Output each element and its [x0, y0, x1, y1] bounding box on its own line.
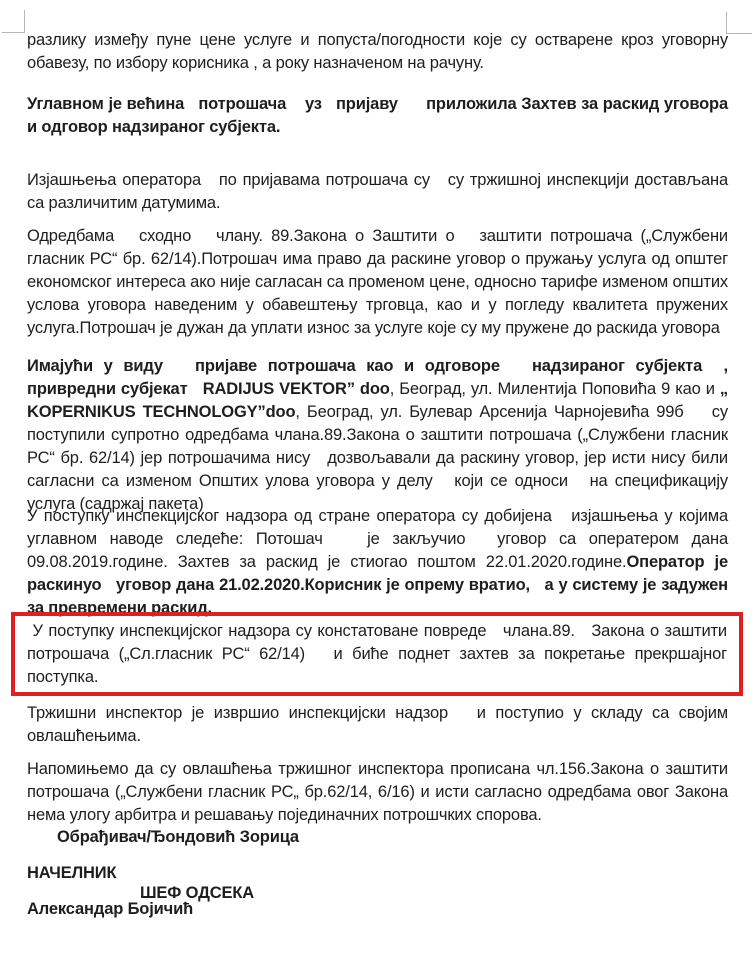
paragraph-operator-statements: Изјашњења оператора по пријавама потроша…: [27, 169, 728, 215]
paragraph-note-authority: Напомињемо да су овлашћења тржишног инсп…: [27, 758, 728, 827]
paragraph-inspection-findings: У поступку инспекцијског надзора од стра…: [27, 505, 728, 620]
paragraph-companies-violation: Имајући у виду пријаве потрошача као и о…: [27, 355, 728, 516]
paragraph-article-89-provisions: Одредбама сходно члану. 89.Закона о Зашт…: [27, 225, 728, 340]
paragraph-price-difference-segment-0: разлику између пуне цене услуге и попуст…: [27, 31, 732, 72]
page-margin-corner-mark-top-left: [2, 10, 25, 33]
paragraph-operator-statements-segment-0: Изјашњења оператора по пријавама потроша…: [27, 171, 732, 212]
paragraph-note-authority-segment-0: Напомињемо да су овлашћења тржишног инсп…: [27, 760, 732, 824]
paragraph-companies-violation-segment-1: , Београд, ул. Милентија Поповића 9 као …: [390, 380, 720, 398]
document-page: разлику између пуне цене услуге и попуст…: [0, 0, 756, 962]
paragraph-price-difference: разлику између пуне цене услуге и попуст…: [27, 29, 728, 75]
paragraph-mostly-consumers-segment-0: Углавном је већина потрошача уз пријаву …: [27, 95, 732, 136]
paragraph-article-89-provisions-segment-0: Одредбама сходно члану. 89.Закона о Зашт…: [27, 227, 732, 337]
signature-head-title: НАЧЕЛНИК: [27, 864, 116, 883]
signature-processor: Обрађивач/Ђондовић Зорица: [57, 828, 299, 847]
paragraph-mostly-consumers: Углавном је већина потрошача уз пријаву …: [27, 93, 728, 139]
paragraph-violation-highlighted: У поступку инспекцијског надзора су конс…: [11, 612, 743, 696]
paragraph-inspector-acted-segment-0: Тржишни инспектор је извршио инспекцијск…: [27, 704, 732, 745]
paragraph-violation-highlighted-segment-0: У поступку инспекцијског надзора су конс…: [27, 622, 731, 686]
paragraph-inspector-acted: Тржишни инспектор је извршио инспекцијск…: [27, 702, 728, 748]
signature-head-name: Александар Бојичић: [27, 900, 193, 919]
